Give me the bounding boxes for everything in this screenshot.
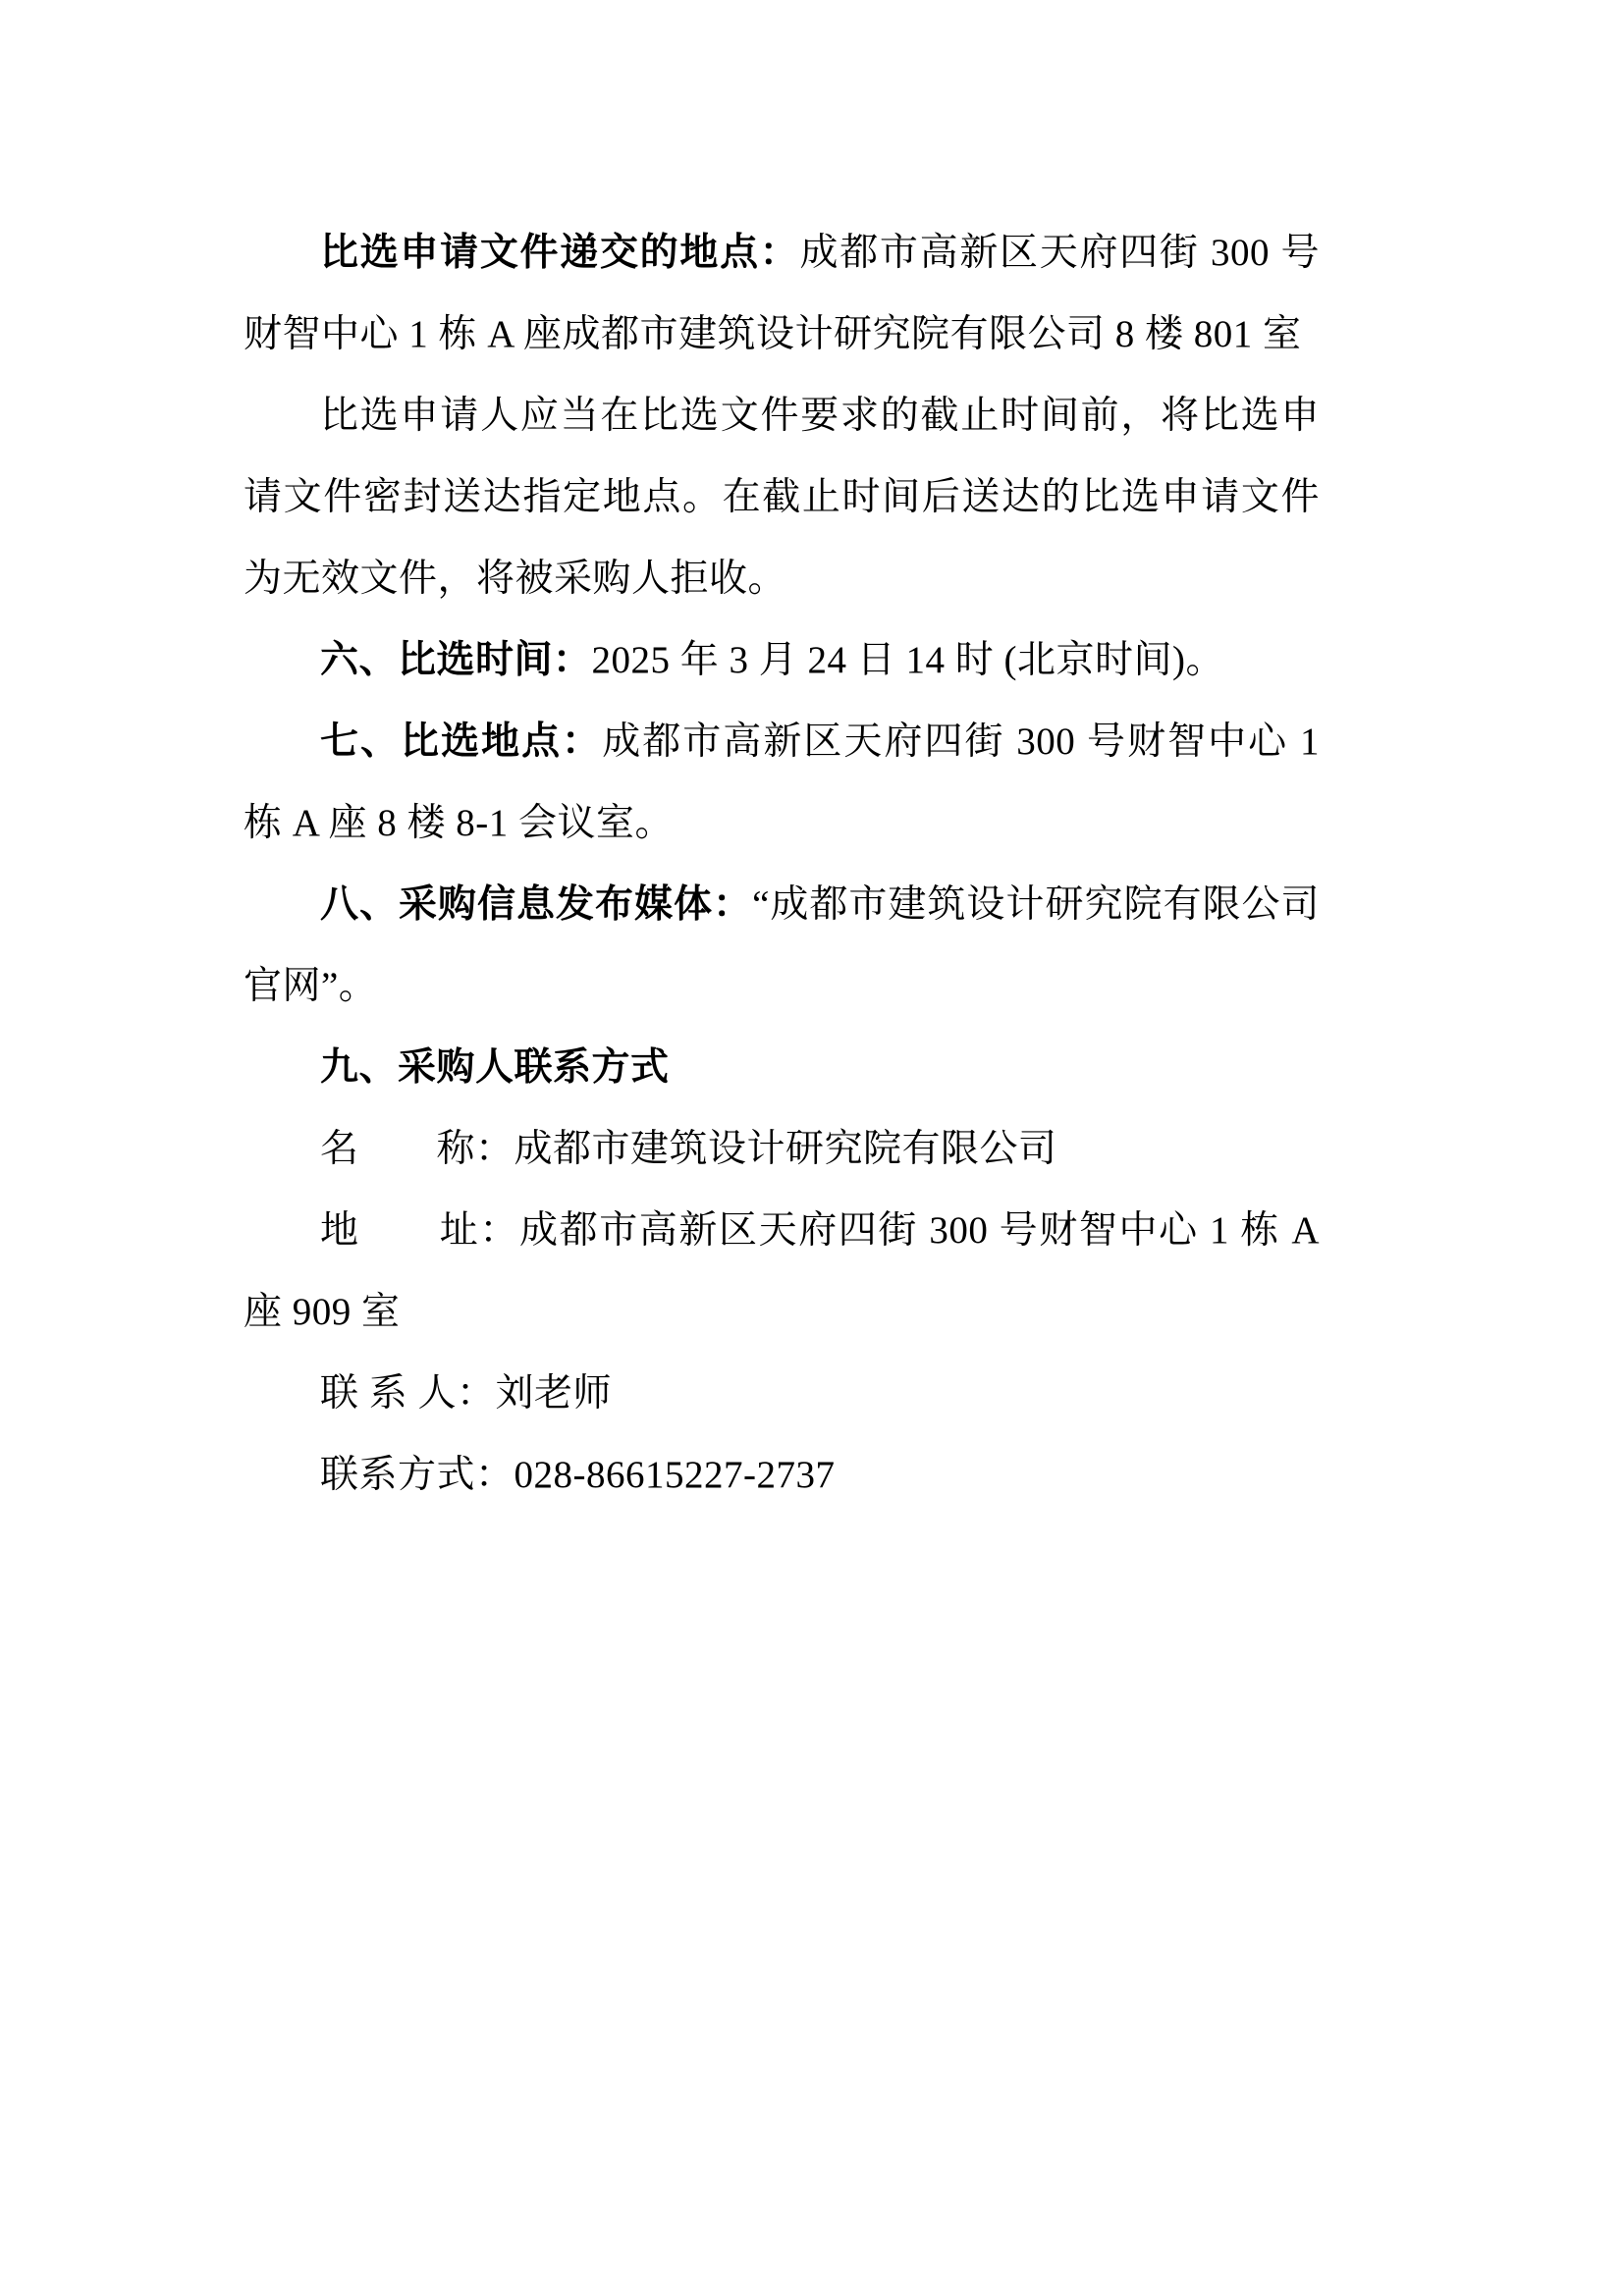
paragraph-comparison-time: 六、比选时间：2025 年 3 月 24 日 14 时 (北京时间)。 <box>244 619 1320 701</box>
paragraph-label: 八、采购信息发布媒体： <box>320 883 752 926</box>
document-page: 比选申请文件递交的地点：成都市高新区天府四街 300 号财智中心 1 栋 A 座… <box>0 0 1624 2296</box>
paragraph-text: 比选申请人应当在比选文件要求的截止时间前，将比选申请文件密封送达指定地点。在截止… <box>244 395 1320 600</box>
paragraph-publish-media: 八、采购信息发布媒体：“成都市建筑设计研究院有限公司官网”。 <box>244 864 1320 1027</box>
document-body: 比选申请文件递交的地点：成都市高新区天府四街 300 号财智中心 1 栋 A 座… <box>244 212 1320 1516</box>
paragraph-label: 七、比选地点： <box>320 721 602 763</box>
paragraph-text: 2025 年 3 月 24 日 14 时 (北京时间)。 <box>592 639 1224 681</box>
paragraph-text: 名 称：成都市建筑设计研究院有限公司 <box>320 1128 1057 1170</box>
paragraph-contact-person: 联 系 人：刘老师 <box>244 1353 1320 1434</box>
paragraph-text: 联系方式：028-86615227-2737 <box>320 1454 835 1496</box>
paragraph-contact-name: 名 称：成都市建筑设计研究院有限公司 <box>244 1108 1320 1190</box>
paragraph-label: 六、比选时间： <box>320 639 592 681</box>
paragraph-submission-instruction: 比选申请人应当在比选文件要求的截止时间前，将比选申请文件密封送达指定地点。在截止… <box>244 375 1320 619</box>
paragraph-text: 地 址：成都市高新区天府四街 300 号财智中心 1 栋 A 座 909 室 <box>244 1209 1320 1333</box>
paragraph-contact-phone: 联系方式：028-86615227-2737 <box>244 1434 1320 1516</box>
paragraph-submission-location: 比选申请文件递交的地点：成都市高新区天府四街 300 号财智中心 1 栋 A 座… <box>244 212 1320 375</box>
paragraph-contact-address: 地 址：成都市高新区天府四街 300 号财智中心 1 栋 A 座 909 室 <box>244 1190 1320 1353</box>
paragraph-contact-heading: 九、采购人联系方式 <box>244 1027 1320 1108</box>
paragraph-comparison-place: 七、比选地点：成都市高新区天府四街 300 号财智中心 1 栋 A 座 8 楼 … <box>244 701 1320 864</box>
paragraph-text: 联 系 人：刘老师 <box>320 1372 612 1415</box>
paragraph-label: 比选申请文件递交的地点： <box>320 232 800 274</box>
paragraph-label: 九、采购人联系方式 <box>320 1046 670 1089</box>
